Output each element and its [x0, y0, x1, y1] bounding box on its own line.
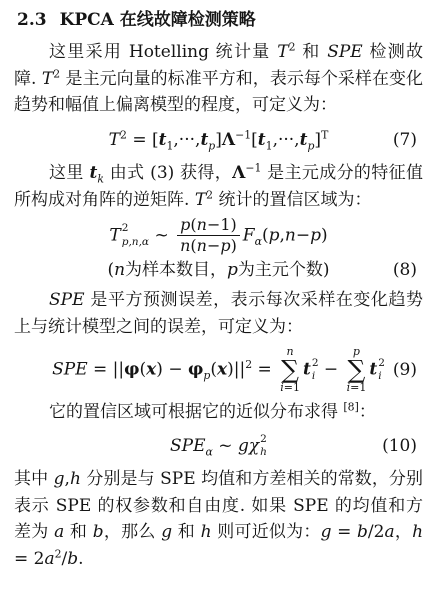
text-run: SPE: [327, 42, 363, 62]
stack-subscript: p,n,α: [122, 236, 149, 250]
equation-8-formula: T2p,n,α ~ p(n−1)n(n−p)Fα(p,n−p): [109, 216, 327, 256]
stack-subscript: i: [378, 370, 381, 384]
text-run: a: [54, 522, 64, 542]
text-run: h: [201, 522, 212, 542]
text-run: SPE: [52, 360, 88, 380]
text-run: h: [70, 469, 81, 489]
text-run: 2: [53, 67, 60, 80]
paragraph-spe-intro: SPE 是平方预测误差，表示每次采样在变化趋势上与统计模型之间的误差，可定义为：: [14, 287, 423, 340]
text-run: g: [238, 436, 249, 456]
text-run: T: [42, 69, 53, 89]
sigma-symbol: ∑: [348, 358, 366, 382]
text-run: h: [412, 522, 423, 542]
text-run: x: [146, 360, 156, 380]
equation-8-note-line: (n为样本数目，p为主元个数) (8): [14, 257, 423, 284]
text-run: 1: [166, 139, 173, 152]
fraction-numerator: p(n−1): [177, 216, 240, 236]
text-run: p: [310, 225, 321, 245]
equation-7-formula: T2 = [t1,···,tp]Λ−1[t1,···,tp]T: [109, 127, 329, 154]
equation-8: T2p,n,α ~ p(n−1)n(n−p)Fα(p,n−p): [14, 216, 423, 256]
equation-9-number: (9): [393, 357, 417, 384]
text-run: SPE: [170, 436, 206, 456]
text-run: 2: [245, 358, 252, 371]
sum-lower-limit: i=1: [280, 382, 300, 394]
equation-10-number: (10): [382, 433, 417, 460]
sup-sub-stack: 2p,n,α: [122, 222, 149, 249]
text-run: x: [217, 360, 227, 380]
text-run: T: [277, 42, 288, 62]
paragraph-confidence-region: 它的置信区域可根据它的近似分布求得 [8]：: [14, 399, 423, 426]
text-run: Λ: [232, 163, 245, 183]
text-run: g: [321, 522, 332, 542]
text-run: a: [44, 549, 54, 569]
section-title: KPCA 在线故障检测策略: [60, 8, 256, 32]
text-run: p: [269, 225, 280, 245]
paragraph-gh-explanation: 其中 g,h 分别是与 SPE 均值和方差相关的常数，分别表示 SPE 的权参数…: [14, 466, 423, 572]
sup-sub-stack: 2i: [312, 357, 319, 384]
scanned-paper-page: { "colors": { "text": "#151515", "backgr…: [0, 0, 439, 616]
text-run: φ: [124, 360, 139, 380]
stack-superscript: 2: [260, 433, 267, 447]
stack-subscript: h: [260, 446, 267, 460]
text-run: a: [384, 522, 394, 542]
text-run: p: [208, 139, 215, 152]
text-run: k: [97, 172, 104, 185]
equation-10: SPEα ~ gχ2h (10): [14, 433, 423, 460]
text-run: T: [321, 128, 328, 141]
equation-8-number: (8): [393, 257, 417, 284]
fraction: p(n−1)n(n−p): [177, 216, 240, 256]
sup-sub-stack: 2h: [260, 433, 267, 460]
text-run: t: [369, 360, 377, 380]
sup-sub-stack: 2i: [378, 357, 385, 384]
text-run: b: [67, 549, 78, 569]
summation-operator: n∑i=1: [280, 346, 300, 394]
equation-7: T2 = [t1,···,tp]Λ−1[t1,···,tp]T (7): [14, 127, 423, 154]
section-heading: 2.3 KPCA 在线故障检测策略: [17, 8, 423, 32]
text-run: t: [258, 130, 266, 150]
text-run: α: [255, 235, 262, 248]
text-run: p: [180, 215, 190, 234]
paragraph-t2-intro: 这里采用 Hotelling 统计量 T2 和 SPE 检测故障. T2 是主元…: [14, 39, 423, 119]
text-run: p: [307, 139, 314, 152]
text-run: p,n,α: [122, 236, 149, 248]
text-run: n: [197, 215, 207, 234]
equation-9-formula: SPE = ||φ(x) − φp(x)||2 = n∑i=1t2i − p∑i…: [52, 346, 385, 394]
equation-7-number: (7): [393, 127, 417, 154]
summation-operator: p∑i=1: [347, 346, 367, 394]
text-run: g: [54, 469, 65, 489]
text-run: χ: [249, 436, 259, 456]
text-run: 2: [206, 188, 213, 201]
text-run: g: [161, 522, 172, 542]
text-run: n: [180, 236, 190, 255]
text-run: t: [303, 360, 311, 380]
equation-8-note: (n为样本数目，p为主元个数): [107, 257, 329, 284]
paper-text-column: 2.3 KPCA 在线故障检测策略 这里采用 Hotelling 统计量 T2 …: [0, 0, 439, 616]
text-run: F: [243, 225, 255, 245]
text-run: p: [203, 369, 210, 382]
text-run: i: [347, 381, 351, 394]
stack-superscript: 2: [378, 357, 385, 371]
text-run: 2: [289, 40, 296, 53]
text-run: −1: [245, 161, 261, 174]
text-run: n: [197, 236, 207, 255]
paragraph-lambda-explanation: 这里 tk 由式 (3) 获得，Λ−1 是主元成分的特征值所构成对角阵的逆矩阵.…: [14, 160, 423, 213]
text-run: b: [93, 522, 104, 542]
text-run: p: [220, 236, 230, 255]
text-run: 1: [266, 139, 273, 152]
text-run: −1: [235, 128, 251, 141]
stack-subscript: i: [312, 370, 315, 384]
text-run: p: [227, 260, 238, 280]
text-run: φ: [188, 360, 203, 380]
text-run: T: [109, 225, 120, 245]
sum-lower-limit: i=1: [347, 382, 367, 394]
text-run: n: [285, 225, 296, 245]
text-run: i: [312, 370, 315, 382]
text-run: [8]: [343, 401, 358, 414]
text-run: T: [195, 190, 206, 210]
text-run: α: [206, 445, 213, 458]
sigma-symbol: ∑: [281, 358, 299, 382]
text-run: i: [280, 381, 284, 394]
equation-9: SPE = ||φ(x) − φp(x)||2 = n∑i=1t2i − p∑i…: [14, 346, 423, 394]
text-run: b: [357, 522, 368, 542]
section-number: 2.3: [17, 8, 47, 32]
text-run: i: [378, 370, 381, 382]
stack-superscript: 2: [122, 222, 129, 236]
text-run: 2: [120, 128, 127, 141]
text-run: Λ: [222, 130, 235, 150]
stack-superscript: 2: [312, 357, 319, 371]
text-run: T: [109, 130, 120, 150]
text-run: n: [114, 260, 125, 280]
text-run: SPE: [49, 290, 85, 310]
fraction-denominator: n(n−p): [177, 236, 240, 255]
equation-10-formula: SPEα ~ gχ2h: [170, 433, 267, 460]
text-run: 2: [55, 547, 62, 560]
text-run: h: [260, 446, 267, 458]
